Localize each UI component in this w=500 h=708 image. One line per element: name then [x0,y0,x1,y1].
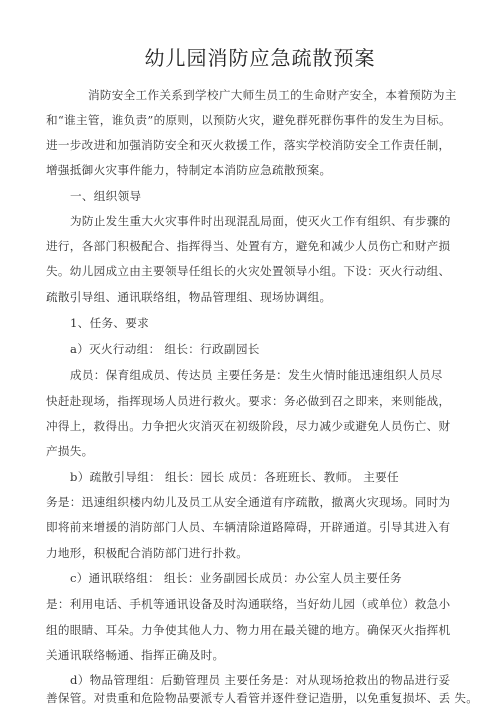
paragraph-line: 和“谁主管，谁负责”的原则，以预防火灾，避免群死群伤事件的发生为目标。 [46,112,451,128]
paragraph-line: 冲得上，救得出。力争把火灾消灭在初级阶段，尽力减少或避免人员伤亡、财 [46,418,450,434]
paragraph-line: 为防止发生重大火灾事件时出现混乱局面，使灭火工作有组织、有步骤的 [70,213,451,229]
paragraph-line: 进一步改进和加强消防安全和灭火救援工作，落实学校消防安全工作责任制， [46,137,450,153]
paragraph-line: 组的眼睛、耳朵。力争使其他人力、物力用在最关键的地方。确保灭火指挥机 [46,622,450,638]
paragraph-line: 务是：迅速组织楼内幼儿及员工从安全通道有序疏散，撤离火灾现场。同时为 [46,494,450,510]
paragraph-line: b）疏散引导组： 组长：园长 成员：各班班长、教师。 主要任 [70,469,399,485]
paragraph-line: 一、组织领导 [70,188,141,204]
paragraph-line: 成员：保育组成员、传达员 主要任务是：发生火情时能迅速组织人员尽 [70,367,443,383]
paragraph-line: 1、任务、要求 [70,315,149,331]
paragraph-line: d）物品管理组：后勤管理员 主要任务是：对从现场抢救出的物品进行妥 [70,672,450,688]
document-title: 幼儿园消防应急疏散预案 [0,42,500,71]
paragraph-line: 疏散引导组、通讯联络组，物品管理组、现场协调组。 [46,289,331,305]
paragraph-line: 善保管。对贵重和危险物品要派专人看管并逐件登记造册，以免重复损坏、丢 失。 [46,690,478,706]
paragraph-line: 即将前来增援的消防部门人员、车辆清除道路障碍，开辟通道。引导其进入有 [46,519,450,535]
paragraph-line: c）通讯联络组： 组长：业务副园长成员：办公室人员主要任务 [70,570,402,586]
paragraph-line: 关通讯联络畅通、指挥正确及时。 [46,647,224,663]
paragraph-line: 快赶赴现场，指挥现场人员进行救火。要求：务必做到召之即来，来则能战， [46,393,450,409]
paragraph-line: 消防安全工作关系到学校广大师生员工的生命财产安全，本着预防为主 [88,87,457,103]
paragraph-line: a）灭火行动组： 组长：行政副园长 [70,341,260,357]
paragraph-line: 力地形，积极配合消防部门进行扑救。 [46,545,248,561]
paragraph-line: 进行，各部门积极配合、指挥得当、处置有方，避免和减少人员伤亡和财产损 [46,238,450,254]
paragraph-line: 产损失。 [46,443,94,459]
paragraph-line: 是：利用电话、手机等通讯设备及时沟通联络，当好幼儿园（或单位）救急小 [46,596,450,612]
paragraph-line: 失。幼儿园成立由主要领导任组长的火灾处置领导小组。下设：灭火行动组、 [46,263,450,279]
paragraph-line: 增强抵御火灾事件能力，特制定本消防应急疏散预案。 [46,162,331,178]
